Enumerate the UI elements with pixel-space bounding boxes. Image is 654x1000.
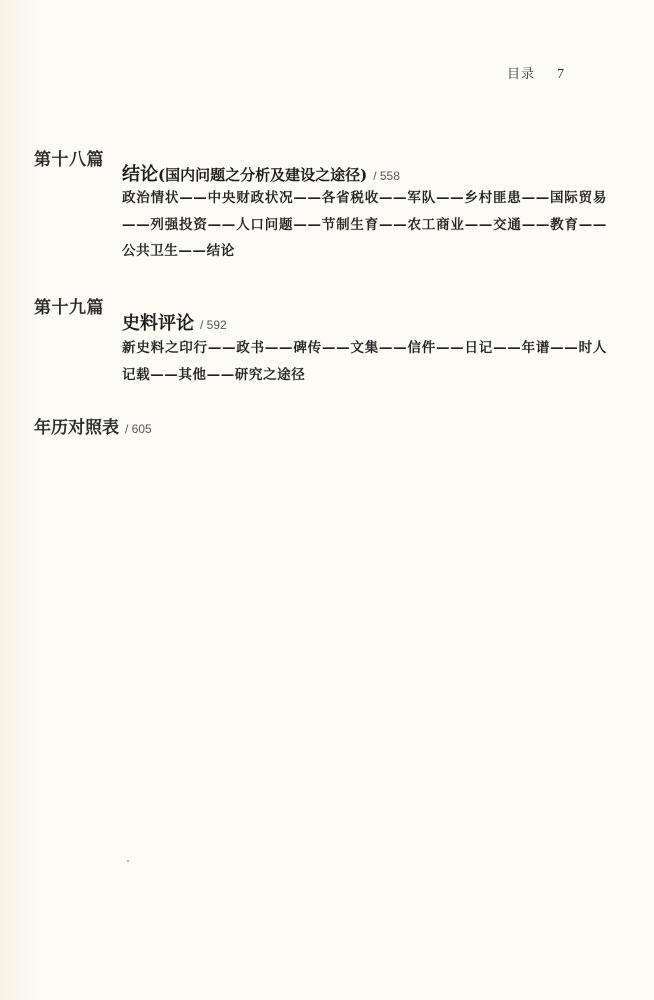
section-title: 目录 (507, 67, 535, 82)
page-ref: / 605 (125, 422, 152, 436)
chapter-title: 结论 (122, 164, 158, 185)
appendix-title: 年历对照表 (34, 418, 119, 438)
appendix-entry-calendar-table[interactable]: 年历对照表/ 605 (34, 413, 152, 438)
chapter-title: 史料评论 (122, 313, 194, 334)
page-ref: / 558 (373, 169, 400, 183)
part-label-18: 第十八篇 (34, 145, 104, 170)
paper-speck (127, 860, 129, 862)
chapter-summary-19: 新史料之印行——政书——碑传——文集——信件——日记——年谱——时人记载——其他… (122, 335, 607, 388)
page-number: 7 (557, 67, 565, 82)
chapter-entry-conclusion[interactable]: 结论(国内问题之分析及建设之途径)/ 558 (122, 160, 400, 186)
part-label-19: 第十九篇 (34, 293, 104, 318)
chapter-summary-18: 政治情状——中央财政状况——各省税收——军队——乡村匪患——国际贸易——列强投资… (122, 185, 607, 265)
chapter-subtitle: (国内问题之分析及建设之途径) (158, 166, 367, 184)
running-head: 目录7 (507, 63, 565, 83)
page-ref: / 592 (200, 318, 227, 332)
chapter-entry-historiography[interactable]: 史料评论/ 592 (122, 309, 227, 335)
